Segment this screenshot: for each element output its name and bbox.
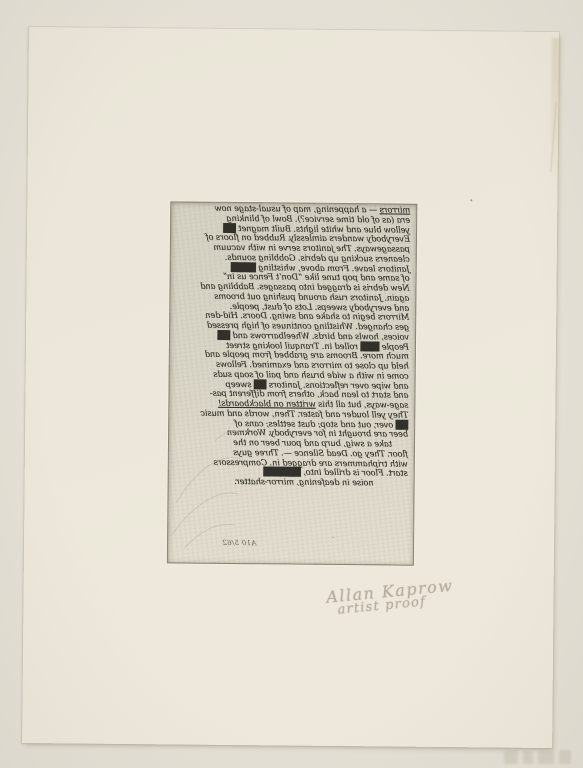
ink-speck (470, 199, 472, 201)
text-line: noise in deafening, mirror-shatter. (174, 476, 374, 488)
mirrored-text-block: mirrors — a happening, map of usual-stag… (174, 203, 411, 488)
faint-corner-inscription (504, 750, 580, 768)
artist-signature: Allan Kaprow artist proof (325, 572, 497, 619)
paper-sheet: mirrors — a happening, map of usual-stag… (22, 27, 559, 748)
etching-plate: mirrors — a happening, map of usual-stag… (167, 201, 417, 565)
photograph-of-print: mirrors — a happening, map of usual-stag… (0, 0, 583, 768)
plate-number-inscription: A10 5/62 (222, 539, 256, 547)
ink-speck (332, 537, 334, 538)
